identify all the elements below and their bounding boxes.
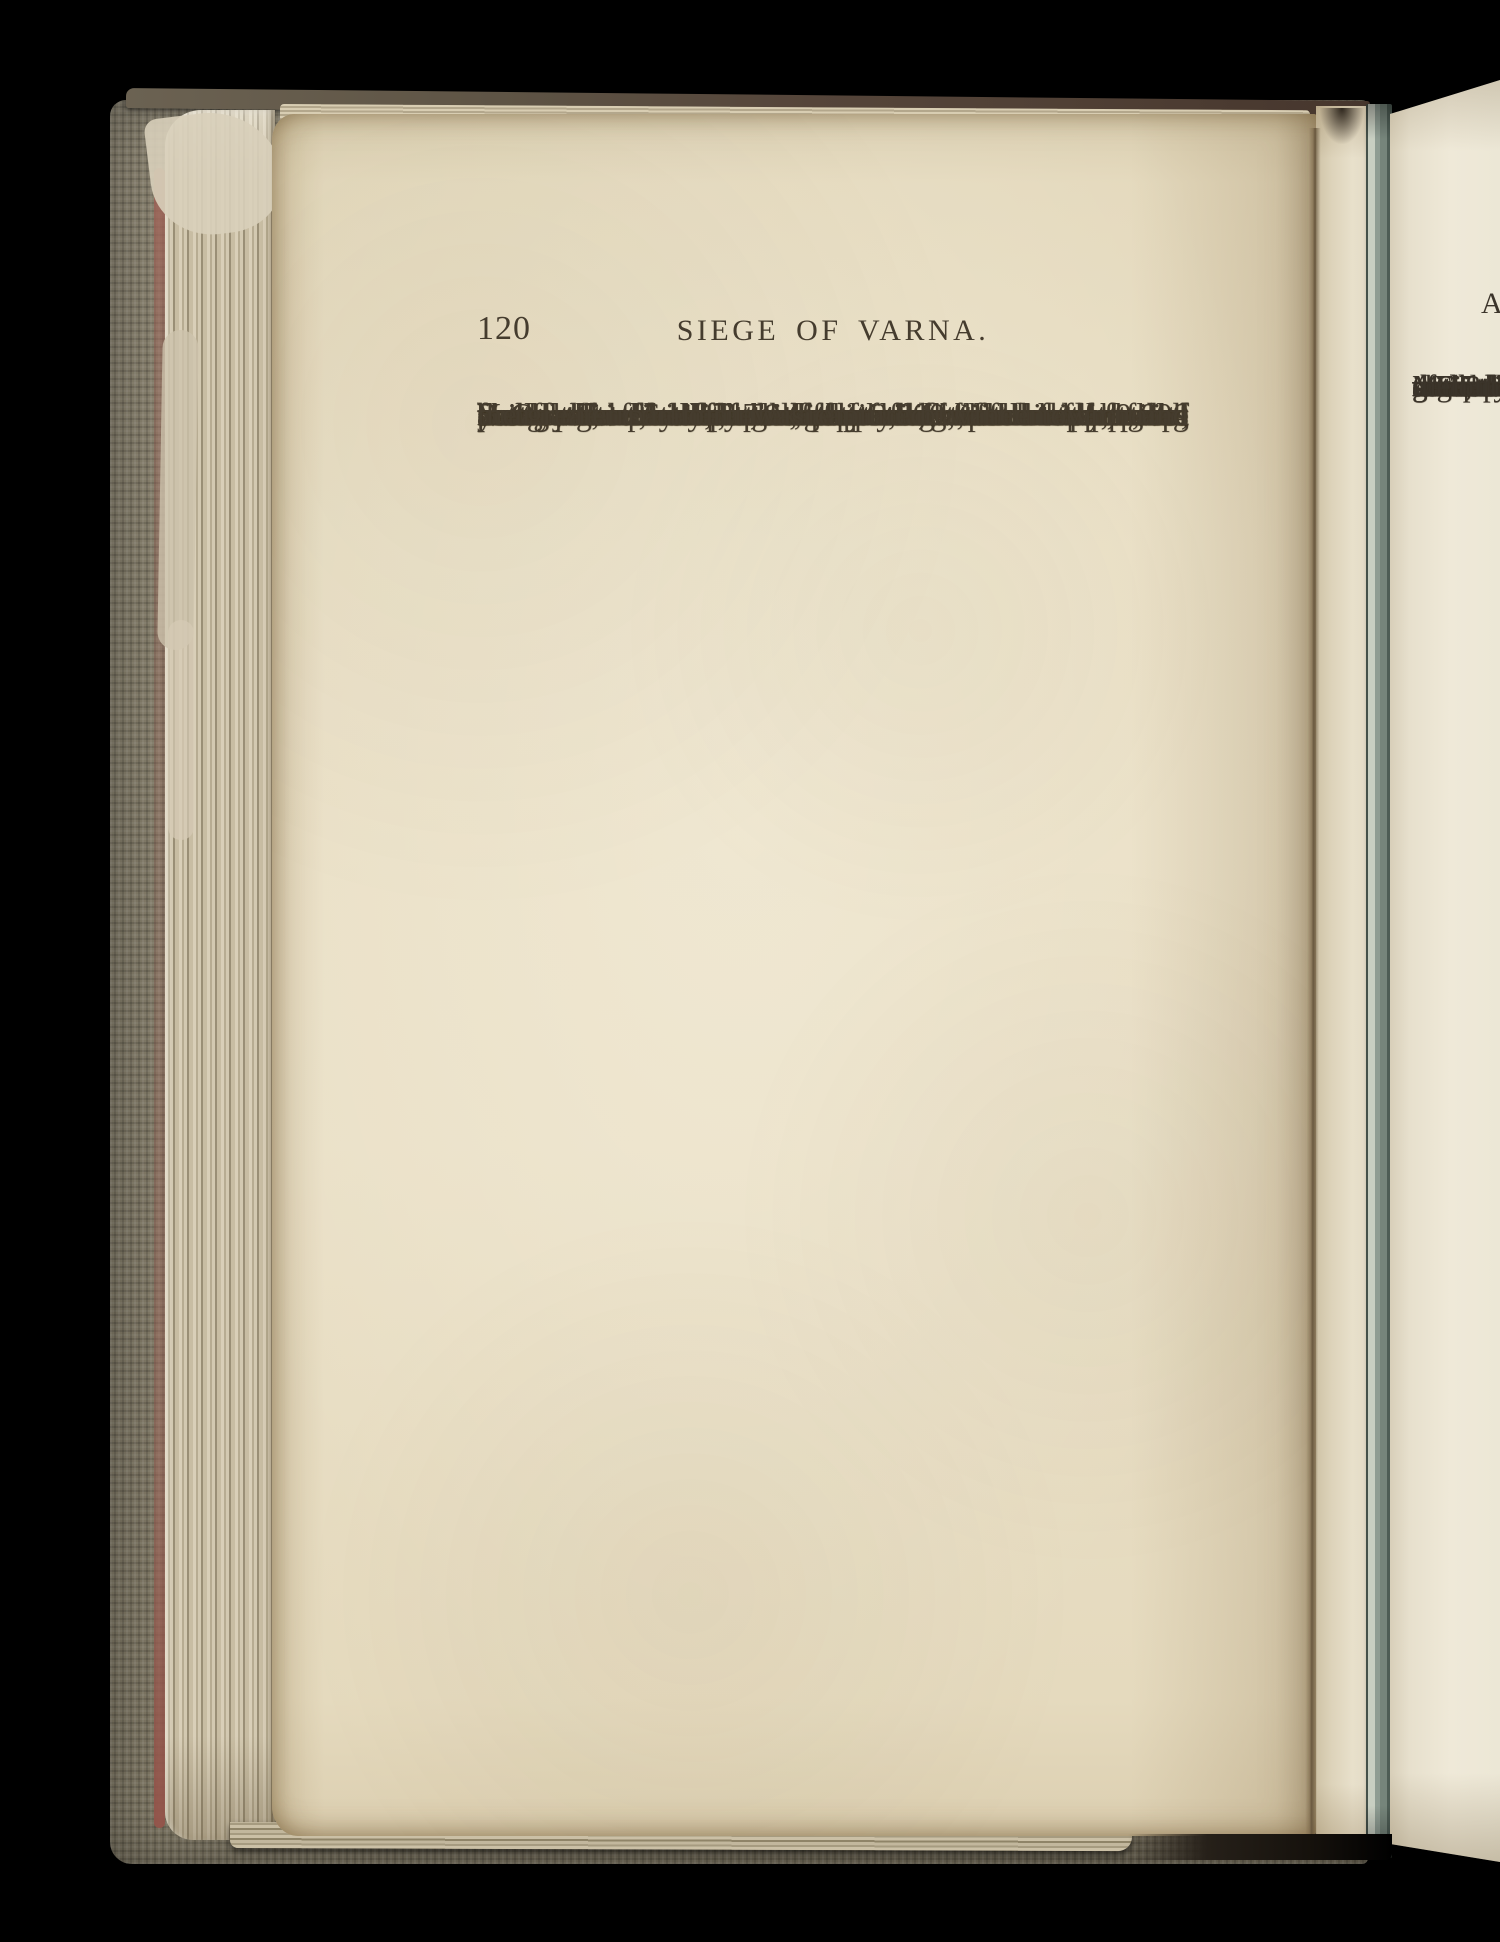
text-line-fragment: the outsid	[1412, 360, 1500, 412]
worn-page-edge-fray	[157, 330, 199, 651]
running-title: SIEGE OF VARNA.	[477, 312, 1189, 350]
right-page-header-fragment: A	[1481, 287, 1500, 321]
gutter-cloth-strip	[1366, 104, 1392, 1858]
book-photo: 120 SIEGE OF VARNA. accounts, his force …	[0, 0, 1500, 1942]
gutter-bottom-shadow	[1128, 1834, 1392, 1860]
worn-page-edge-fray	[168, 620, 194, 840]
gutter-top-shadow	[1320, 108, 1364, 144]
text-line: the greater part of it was captured.	[477, 389, 1189, 440]
gutter-inner-margin	[1316, 106, 1368, 1854]
left-page	[272, 114, 1318, 1836]
right-page	[1390, 80, 1500, 1862]
